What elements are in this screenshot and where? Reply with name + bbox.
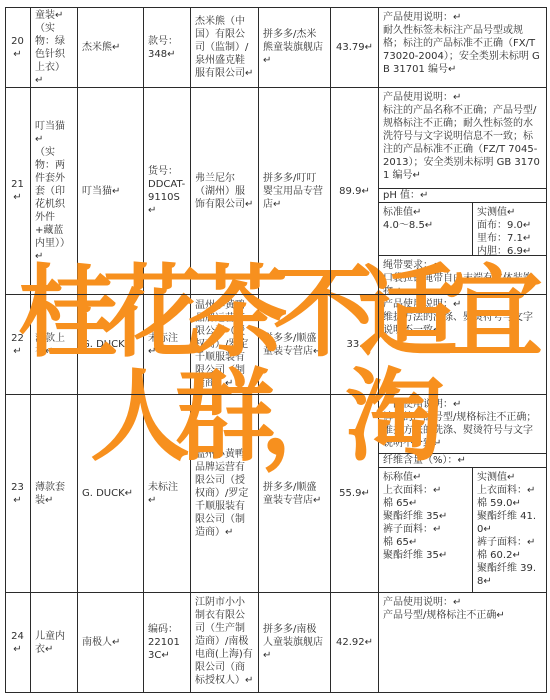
row24-result: 产品使用说明：↵ 产品号型/规格标注不正确↵ [379, 593, 546, 692]
row20-product: 童装↵ （实物：绿色针织上衣）↵ [31, 8, 77, 87]
grid-line-v-over [330, 262, 331, 394]
grid-line-h-over [5, 394, 547, 395]
row21-result-ph-label: pH 值：↵ [379, 189, 546, 202]
grid-line-h [5, 7, 547, 8]
row24-product: 儿童内衣↵ [31, 593, 77, 692]
row23-product: 薄款套装↵ [31, 395, 77, 592]
row21-result-standard-value: 标准值↵ 4.0～8.5↵ [379, 203, 472, 255]
inspection-report-page: 20↵ 童装↵ （实物：绿色针织上衣）↵ 杰米熊↵ 款号： 348↵ 杰米熊（中… [0, 0, 550, 700]
row20-brand: 杰米熊↵ [78, 8, 143, 87]
grid-line-v [5, 7, 6, 693]
grid-line-h [5, 692, 547, 693]
subtable-line-h [378, 188, 547, 189]
row23-result-nominal-value: 标称值↵ 上衣面料：↵ 棉 65↵ 聚酯纤维 35↵ 裤子面料：↵ 棉 65↵ … [379, 468, 472, 592]
subtable-line-v [472, 467, 473, 592]
row20-price: 43.79↵ [331, 8, 378, 87]
row20-store: 拼多多/杰米熊童装旗舰店↵ [259, 8, 330, 87]
row24-price: 42.92↵ [331, 593, 378, 692]
row20-model: 款号： 348↵ [144, 8, 190, 87]
row21-result-measured-value: 实测值↵ 面布：9.0↵ 里布：7.1↵ 内胆：6.9↵ [473, 203, 546, 255]
row24-store: 拼多多/南极人童装旗舰店↵ [259, 593, 330, 692]
row23-result-measured-value: 实测值↵ 上衣面料：↵ 棉 59.0↵ 聚酯纤维 41.0↵ 裤子面料：↵ 棉 … [473, 468, 546, 592]
row23-no: 23↵ [5, 395, 30, 592]
grid-line-v-over [378, 262, 379, 394]
grid-line-h [5, 87, 547, 88]
row24-brand: 南极人↵ [78, 593, 143, 692]
row20-manufacturer: 杰米熊（中国）有限公司（监制）/泉州盛克鞋服有限公司↵ [191, 8, 258, 87]
row21-result-main: 产品使用说明：↵ 标注的产品名称不正确；产品号型/规格标注不正确；耐久性标签的水… [379, 88, 546, 188]
grid-line-h-over [5, 294, 547, 295]
watermark-line2: 人群，淘 [90, 366, 430, 468]
row20-result: 产品使用说明：↵ 耐久性标签未标注产品号型或规格；标注的产品标准不正确（FX/T… [379, 8, 546, 87]
subtable-line-h [378, 202, 547, 203]
row20-no: 20↵ [5, 8, 30, 87]
row24-no: 24↵ [5, 593, 30, 692]
row24-manufacturer: 江阴市小小制衣有限公司（生产制造商）/南极电商(上海)有限公司（商标授权人）↵ [191, 593, 258, 700]
watermark-line1: 桂花茶不适宜 [18, 262, 528, 364]
grid-line-v [546, 7, 547, 693]
row24-model: 编码： 221013C↵ [144, 593, 190, 692]
subtable-line-v [472, 202, 473, 255]
grid-line-h [5, 592, 547, 593]
